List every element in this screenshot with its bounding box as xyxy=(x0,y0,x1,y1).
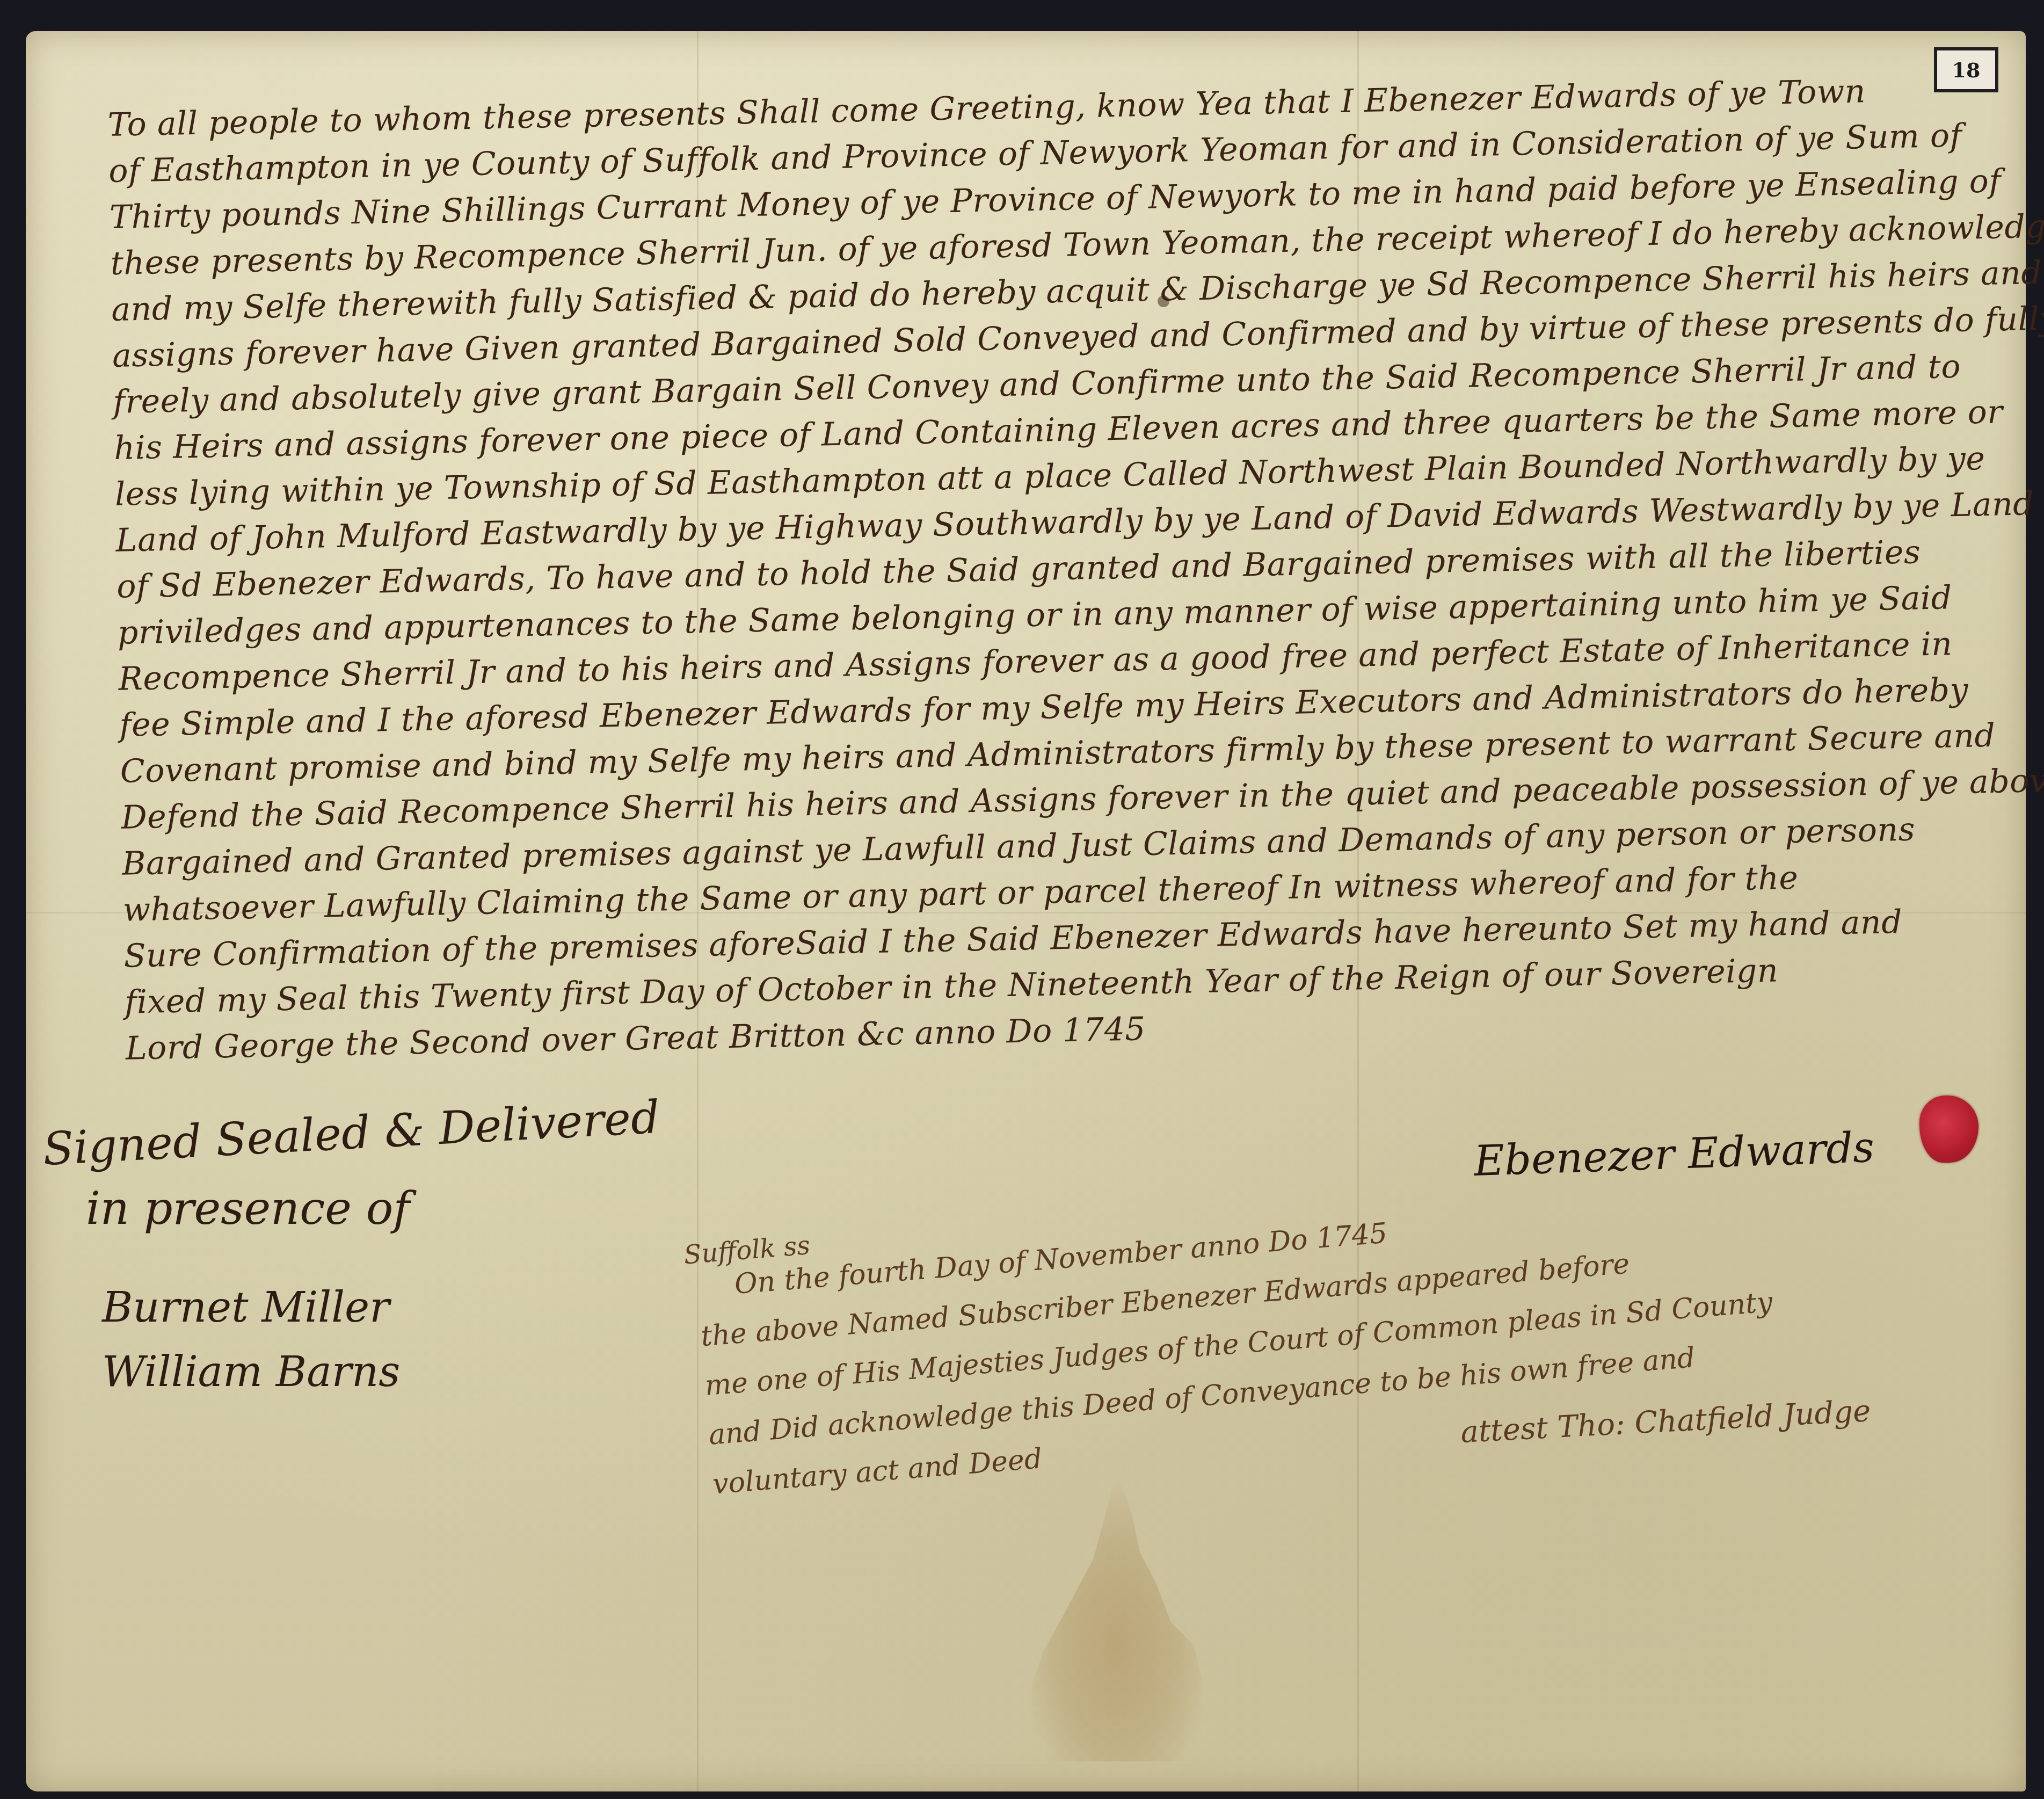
witness-name: Burnet Miller xyxy=(102,1275,660,1340)
witness-heading-presence: in presence of xyxy=(86,1179,660,1238)
witness-name: William Barns xyxy=(102,1340,660,1404)
deed-body-text: To all people to whom these presents Sha… xyxy=(107,66,2037,1072)
witness-block: Signed Sealed & Delivered in presence of… xyxy=(43,1120,660,1404)
